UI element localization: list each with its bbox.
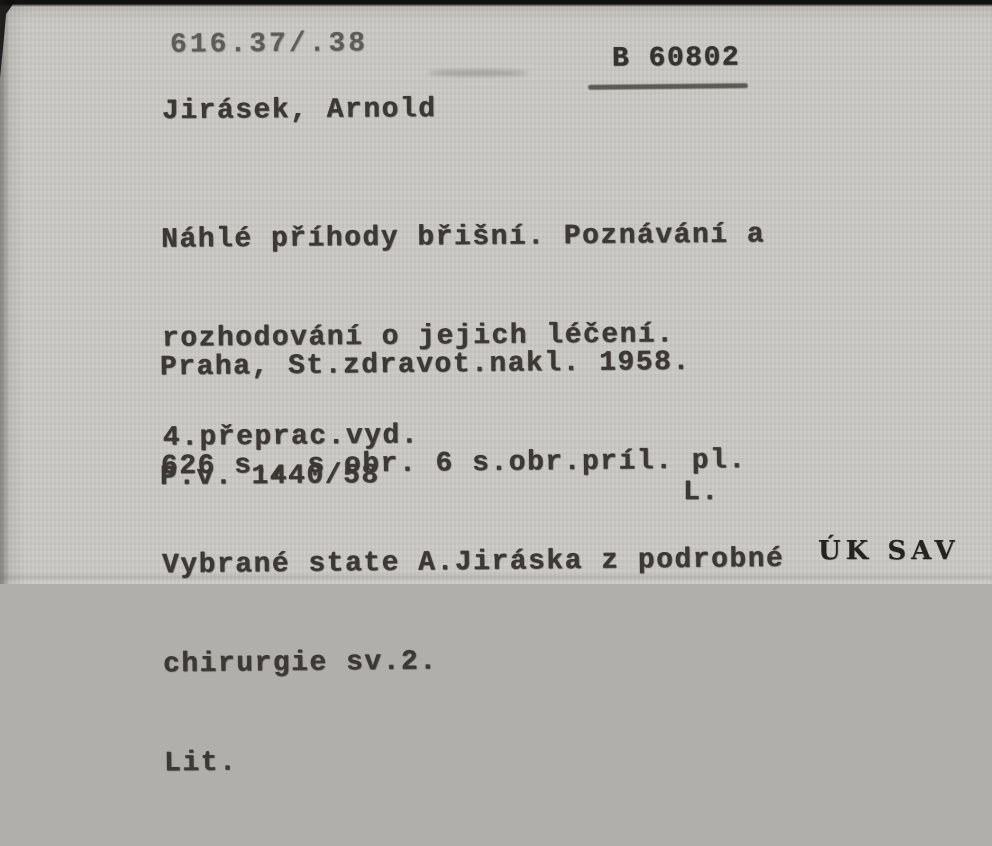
accession-underline — [588, 83, 748, 90]
accession-number: B 60802 — [612, 41, 740, 75]
librarian-initial: L. — [683, 476, 720, 509]
title-line: Náhlé příhody břišní. Poznávání a — [161, 218, 765, 256]
imprint-line: Praha, St.zdravot.nakl. 1958. — [160, 345, 783, 385]
scan-left-edge — [0, 0, 10, 584]
author-line: Jirásek, Arnold — [162, 93, 437, 128]
imprint-line: Vybrané state A.Jiráska z podrobné — [162, 543, 785, 583]
classification-number: 616.37/.38 — [170, 27, 368, 61]
catalog-card: 616.37/.38 B 60802 Jirásek, Arnold Náhlé… — [0, 0, 992, 584]
scan-top-edge — [0, 0, 992, 7]
imprint-block: Praha, St.zdravot.nakl. 1958. 626 s., s … — [159, 279, 787, 584]
record-number: P.v. 1440/58 — [160, 459, 380, 494]
library-stamp: ÚK SAV — [818, 536, 960, 566]
pencil-smudge — [428, 70, 528, 76]
